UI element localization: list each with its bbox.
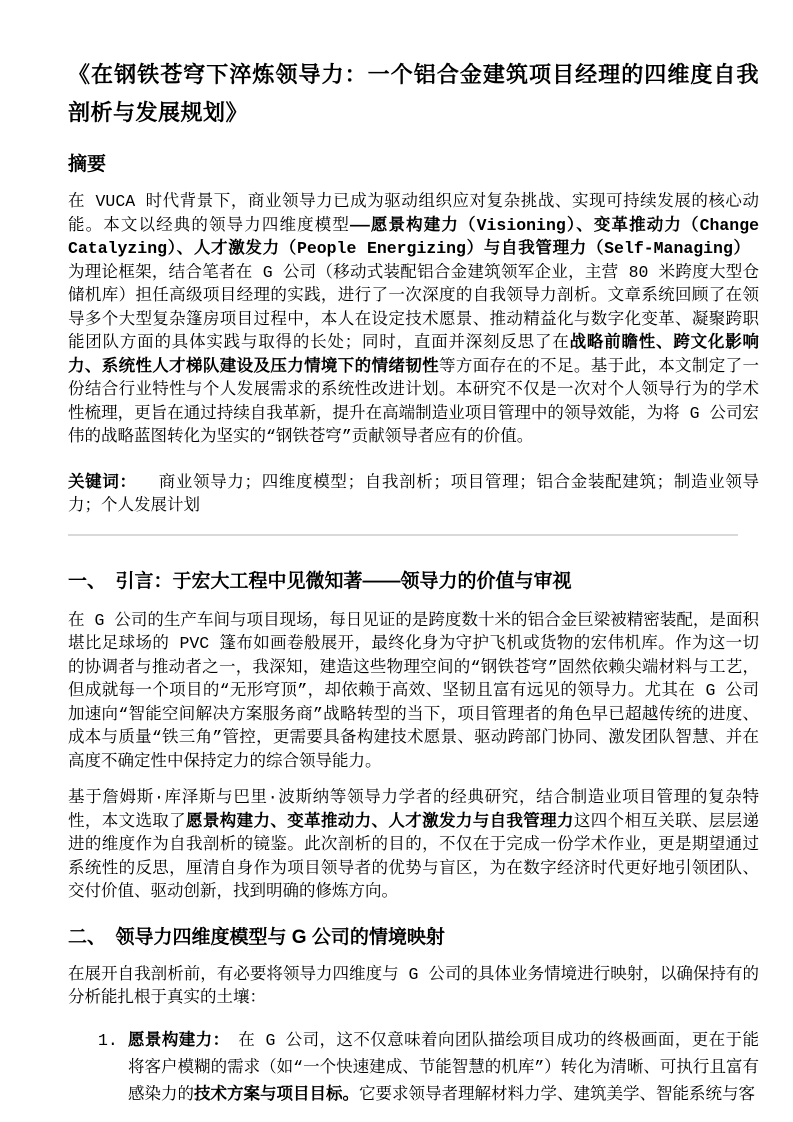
list-item-run-4: 它要求领导者理解材料力学、建筑美学、智能系统与客: [359, 1085, 755, 1104]
section1-paragraph2: 基于詹姆斯·库泽斯与巴里·波斯纳等领导力学者的经典研究，结合制造业项目管理的复杂…: [68, 786, 759, 904]
list-item-visioning: 1.愿景构建力： 在 G 公司，这不仅意味着向团队描绘项目成功的终极画面，更在于…: [68, 1027, 759, 1108]
section1-paragraph1: 在 G 公司的生产车间与项目现场，每日见证的是跨度数十米的铝合金巨梁被精密装配，…: [68, 609, 759, 774]
section1-para2-run-2-bold: 愿景构建力、变革推动力、人才激发力与自我管理力: [186, 812, 574, 831]
keywords-label: 关键词：: [68, 473, 137, 492]
document-title: 《在钢铁苍穹下淬炼领导力：一个铝合金建筑项目经理的四维度自我剖析与发展规划》: [68, 56, 759, 132]
keywords-text: 商业领导力；四维度模型；自我剖析；项目管理；铝合金装配建筑；制造业领导力；个人发…: [68, 473, 759, 516]
document-page: 《在钢铁苍穹下淬炼领导力：一个铝合金建筑项目经理的四维度自我剖析与发展规划》 摘…: [0, 0, 793, 1122]
section2-intro-paragraph: 在展开自我剖析前，有必要将领导力四维度与 G 公司的具体业务情境进行映射，以确保…: [68, 963, 759, 1010]
list-item-run-3-bold: 技术方案与项目目标。: [194, 1085, 359, 1104]
list-item-number: 1.: [98, 1027, 118, 1054]
keywords-paragraph: 关键词：商业领导力；四维度模型；自我剖析；项目管理；铝合金装配建筑；制造业领导力…: [68, 471, 759, 518]
list-item-run-1-bold: 愿景构建力：: [128, 1031, 221, 1050]
section1-heading: 一、 引言：于宏大工程中见微知著——领导力的价值与审视: [68, 568, 759, 595]
abstract-heading: 摘要: [68, 151, 759, 178]
dimension-list: 1.愿景构建力： 在 G 公司，这不仅意味着向团队描绘项目成功的终极画面，更在于…: [68, 1027, 759, 1108]
horizontal-rule: [68, 534, 738, 536]
section2-heading: 二、 领导力四维度模型与 G 公司的情境映射: [68, 924, 759, 951]
abstract-paragraph: 在 VUCA 时代背景下，商业领导力已成为驱动组织应对复杂挑战、实现可持续发展的…: [68, 190, 759, 449]
